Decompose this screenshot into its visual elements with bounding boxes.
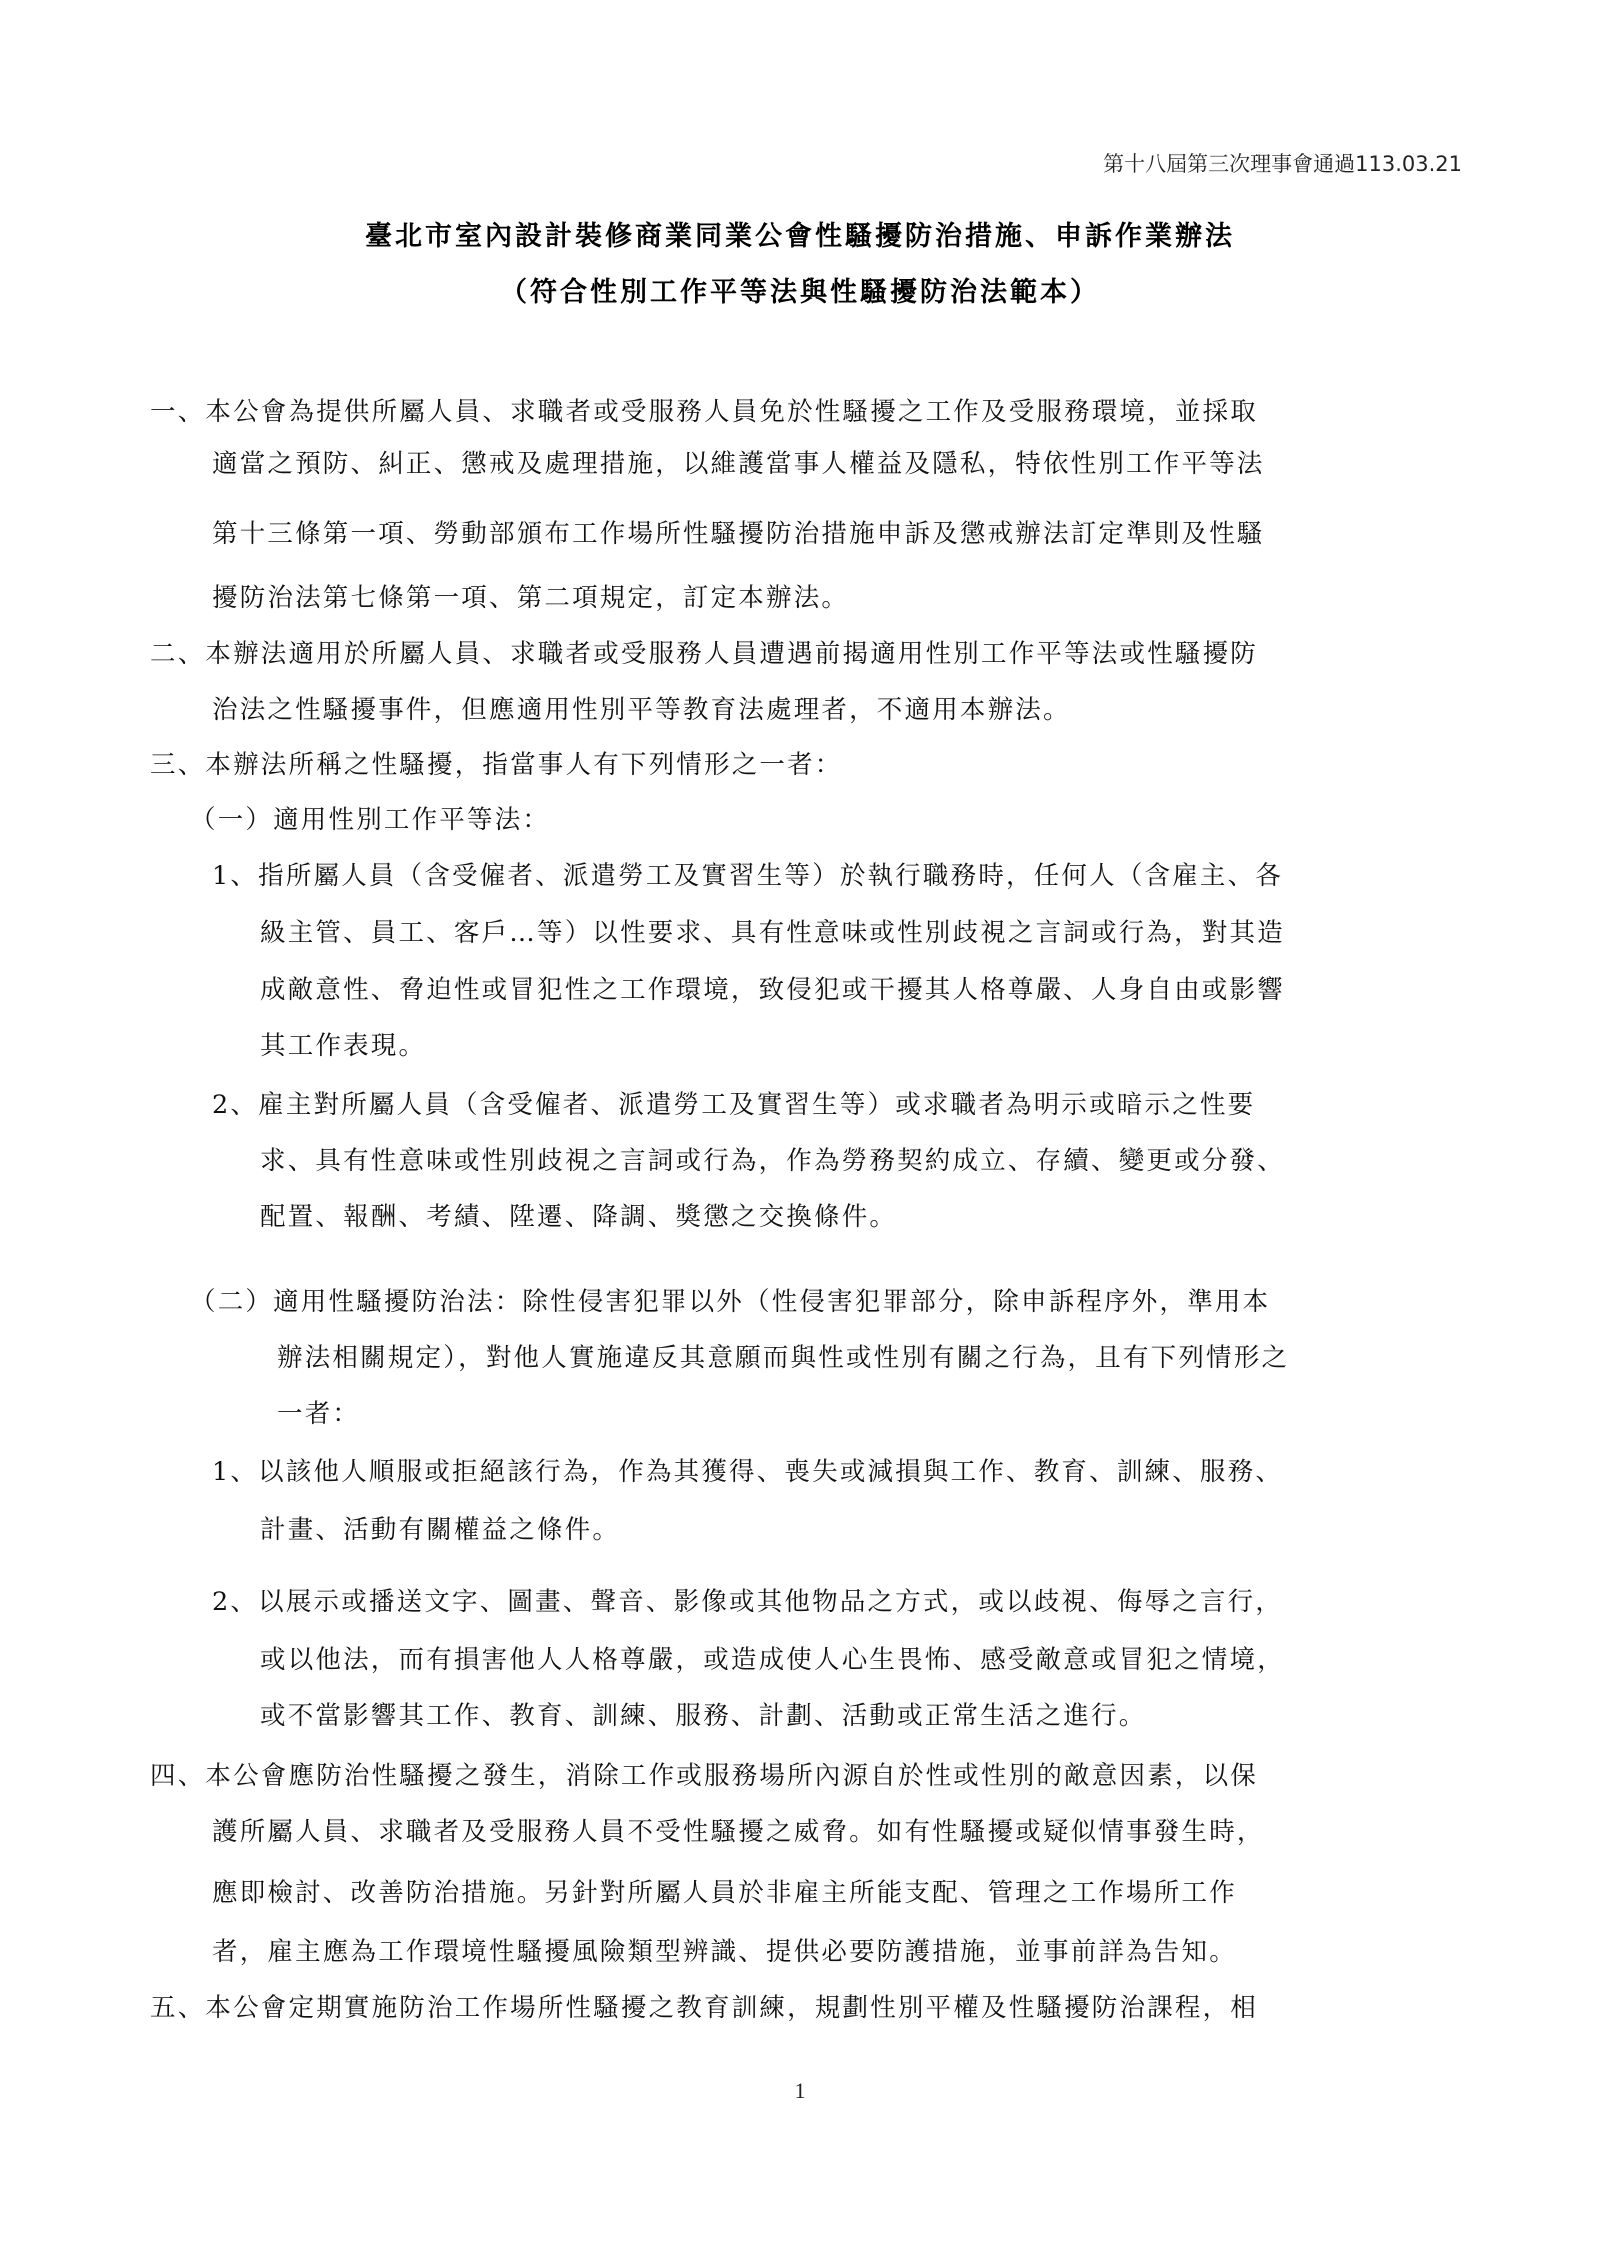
paragraph-line: 五、本公會定期實施防治工作場所性騷擾之教育訓練，規劃性別平權及性騷擾防治課程，相: [150, 1988, 1258, 2024]
paragraph-line: 1、以該他人順服或拒絕該行為，作為其獲得、喪失或減損與工作、教育、訓練、服務、: [212, 1452, 1283, 1488]
paragraph-line: 適當之預防、糾正、懲戒及處理措施，以維護當事人權益及隱私，特依性別工作平等法: [212, 444, 1265, 480]
paragraph-line: 一者：: [277, 1394, 360, 1430]
paragraph-line: 或不當影響其工作、教育、訓練、服務、計劃、活動或正常生活之進行。: [260, 1696, 1146, 1732]
paragraph-line: 成敵意性、脅迫性或冒犯性之工作環境，致侵犯或干擾其人格尊嚴、人身自由或影響: [260, 970, 1285, 1006]
paragraph-line: 第十三條第一項、勞動部頒布工作場所性騷擾防治措施申訴及懲戒辦法訂定準則及性騷: [212, 514, 1265, 550]
paragraph-line: 三、本辦法所稱之性騷擾，指當事人有下列情形之一者：: [150, 745, 843, 781]
document-subtitle: （符合性別工作平等法與性騷擾防治法範本）: [0, 270, 1600, 309]
paragraph-line: 一、本公會為提供所屬人員、求職者或受服務人員免於性騷擾之工作及受服務環境，並採取: [150, 392, 1258, 428]
paragraph-line: 應即檢討、改善防治措施。另針對所屬人員於非雇主所能支配、管理之工作場所工作: [212, 1873, 1237, 1909]
paragraph-line: 辦法相關規定），對他人實施違反其意願而與性或性別有關之行為，且有下列情形之: [277, 1338, 1289, 1374]
paragraph-line: 配置、報酬、考績、陞遷、降調、獎懲之交換條件。: [260, 1197, 897, 1233]
paragraph-line: 求、具有性意味或性別歧視之言詞或行為，作為勞務契約成立、存續、變更或分發、: [260, 1141, 1285, 1177]
document-page: 第十八屆第三次理事會通過113.03.21 臺北市室內設計裝修商業同業公會性騷擾…: [0, 0, 1600, 2263]
paragraph-line: 2、以展示或播送文字、圖畫、聲音、影像或其他物品之方式，或以歧視、侮辱之言行，: [212, 1582, 1283, 1618]
subsection-heading: （一）適用性別工作平等法：: [190, 800, 550, 836]
subsection-heading: （二）適用性騷擾防治法：除性侵害犯罪以外（性侵害犯罪部分，除申訴程序外，準用本: [190, 1282, 1270, 1318]
paragraph-line: 治法之性騷擾事件，但應適用性別平等教育法處理者，不適用本辦法。: [212, 690, 1071, 726]
paragraph-line: 計畫、活動有關權益之條件。: [260, 1510, 620, 1546]
paragraph-line: 者，雇主應為工作環境性騷擾風險類型辨識、提供必要防護措施，並事前詳為告知。: [212, 1932, 1237, 1968]
paragraph-line: 擾防治法第七條第一項、第二項規定，訂定本辦法。: [212, 578, 849, 614]
paragraph-line: 1、指所屬人員（含受僱者、派遣勞工及實習生等）於執行職務時，任何人（含雇主、各: [212, 856, 1283, 892]
paragraph-line: 其工作表現。: [260, 1026, 426, 1062]
paragraph-line: 護所屬人員、求職者及受服務人員不受性騷擾之威脅。如有性騷擾或疑似情事發生時，: [212, 1812, 1265, 1848]
paragraph-line: 2、雇主對所屬人員（含受僱者、派遣勞工及實習生等）或求職者為明示或暗示之性要: [212, 1085, 1255, 1121]
document-title: 臺北市室內設計裝修商業同業公會性騷擾防治措施、申訴作業辦法: [0, 214, 1600, 253]
approval-note: 第十八屆第三次理事會通過113.03.21: [1103, 148, 1462, 178]
paragraph-line: 級主管、員工、客戶…等）以性要求、具有性意味或性別歧視之言詞或行為，對其造: [260, 913, 1285, 949]
paragraph-line: 或以他法，而有損害他人人格尊嚴，或造成使人心生畏怖、感受敵意或冒犯之情境，: [260, 1640, 1285, 1676]
paragraph-line: 二、本辦法適用於所屬人員、求職者或受服務人員遭遇前揭適用性別工作平等法或性騷擾防: [150, 634, 1258, 670]
paragraph-line: 四、本公會應防治性騷擾之發生，消除工作或服務場所內源自於性或性別的敵意因素，以保: [150, 1756, 1258, 1792]
page-number: 1: [0, 2078, 1600, 2104]
